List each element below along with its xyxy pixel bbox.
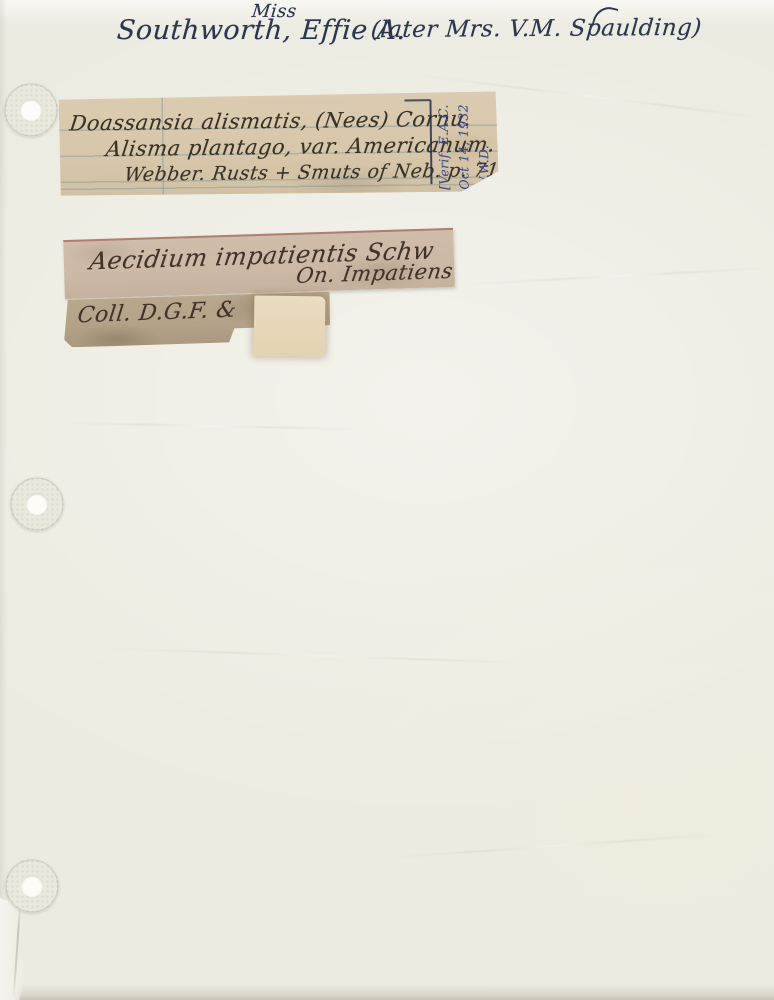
verif-line-3: W.W.D. xyxy=(473,93,494,189)
verification-note: [Verif. E.A.C. Oct 14, 1932 W.W.D. xyxy=(433,93,496,190)
crease-line xyxy=(390,833,719,858)
crease-line xyxy=(470,267,770,285)
specimen-line-1: Doassansia alismatis, (Nees) Cornu. xyxy=(68,107,473,136)
page-bottom-edge xyxy=(0,984,774,1000)
married-name-note: (later Mrs. V.M. Spaulding) xyxy=(370,15,703,43)
verif-line-2: Oct 14, 1932 xyxy=(453,94,474,190)
hole-punch-ring-top xyxy=(4,83,58,137)
aecidium-label: Aecidium impatientis Schw On. Impatiens xyxy=(63,228,455,299)
punch-hole xyxy=(20,99,42,121)
crease-line xyxy=(60,422,360,430)
hole-punch-ring-bottom xyxy=(5,859,59,913)
hole-punch-ring-middle xyxy=(10,477,64,531)
aecidium-line-2: On. Impatiens xyxy=(295,259,455,288)
specimen-card: Doassansia alismatis, (Nees) Cornu. Alis… xyxy=(57,91,498,196)
page-left-edge xyxy=(0,0,7,1000)
collector-line: Coll. D.G.F. & xyxy=(76,298,238,329)
verification-bracket-tick xyxy=(404,99,430,101)
scanned-page: Miss Southworth, Effie A. (later Mrs. V.… xyxy=(0,0,774,1000)
person-name: Southworth, Effie A. xyxy=(116,15,407,46)
punch-hole xyxy=(26,493,48,515)
verif-line-1: [Verif. E.A.C. xyxy=(433,94,454,190)
crease-line xyxy=(110,647,540,664)
paper-patch xyxy=(254,296,326,357)
punch-hole xyxy=(21,875,43,897)
